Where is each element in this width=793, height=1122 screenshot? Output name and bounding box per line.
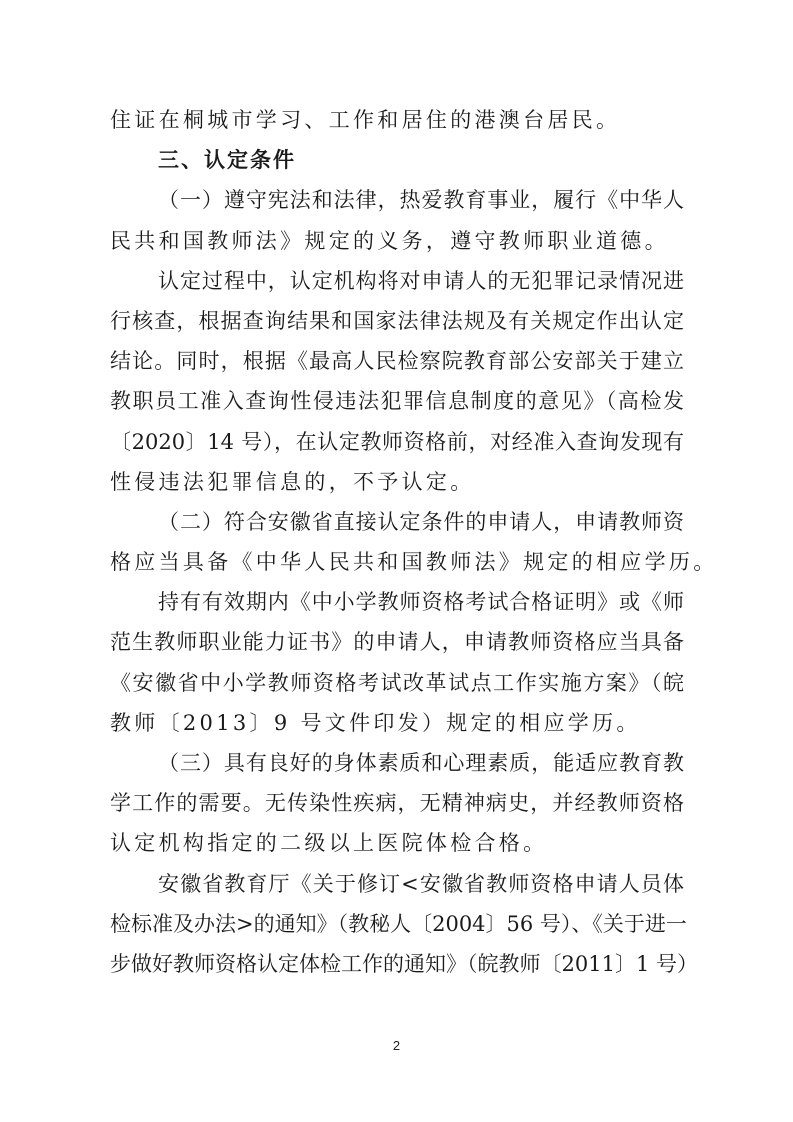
paragraph-line: 教职员工准入查询性侵违法犯罪信息制度的意见》（高检发 bbox=[110, 381, 684, 421]
paragraph-line: （二）符合安徽省直接认定条件的申请人，申请教师资 bbox=[110, 502, 684, 542]
paragraph-line: 民共和国教师法》规定的义务，遵守教师职业道德。 bbox=[110, 221, 684, 261]
paragraph-line: 格应当具备《中华人民共和国教师法》规定的相应学历。 bbox=[110, 542, 684, 582]
paragraph-line: 持有有效期内《中小学教师资格考试合格证明》或《师 bbox=[110, 582, 684, 622]
paragraph-line: 认定过程中，认定机构将对申请人的无犯罪记录情况进 bbox=[110, 261, 684, 301]
paragraph-line: 安徽省教育厅《关于修订<安徽省教师资格申请人员体 bbox=[110, 864, 684, 904]
paragraph-line: （一）遵守宪法和法律，热爱教育事业，履行《中华人 bbox=[110, 180, 684, 220]
document-page: 住证在桐城市学习、工作和居住的港澳台居民。 三、认定条件 （一）遵守宪法和法律，… bbox=[110, 100, 684, 984]
paragraph-line: 性侵违法犯罪信息的，不予认定。 bbox=[110, 462, 684, 502]
paragraph-line: 〔2020〕14 号），在认定教师资格前，对经准入查询发现有 bbox=[110, 422, 684, 462]
paragraph-line: 行核查，根据查询结果和国家法律法规及有关规定作出认定 bbox=[110, 301, 684, 341]
section-heading: 三、认定条件 bbox=[110, 140, 684, 180]
paragraph-line: 《安徽省中小学教师资格考试改革试点工作实施方案》（皖 bbox=[110, 663, 684, 703]
paragraph-line: （三）具有良好的身体素质和心理素质，能适应教育教 bbox=[110, 743, 684, 783]
paragraph-line: 教师〔2013〕9 号文件印发）规定的相应学历。 bbox=[110, 703, 684, 743]
page-number: 2 bbox=[0, 1038, 793, 1053]
paragraph-line: 步做好教师资格认定体检工作的通知》（皖教师〔2011〕1 号） bbox=[110, 944, 684, 984]
paragraph-line: 住证在桐城市学习、工作和居住的港澳台居民。 bbox=[110, 100, 684, 140]
paragraph-line: 学工作的需要。无传染性疾病，无精神病史，并经教师资格 bbox=[110, 783, 684, 823]
paragraph-line: 范生教师职业能力证书》的申请人，申请教师资格应当具备 bbox=[110, 622, 684, 662]
paragraph-line: 检标准及办法>的通知》（教秘人〔2004〕56 号）、《关于进一 bbox=[110, 904, 684, 944]
paragraph-line: 结论。同时，根据《最高人民检察院教育部公安部关于建立 bbox=[110, 341, 684, 381]
paragraph-line: 认定机构指定的二级以上医院体检合格。 bbox=[110, 823, 684, 863]
